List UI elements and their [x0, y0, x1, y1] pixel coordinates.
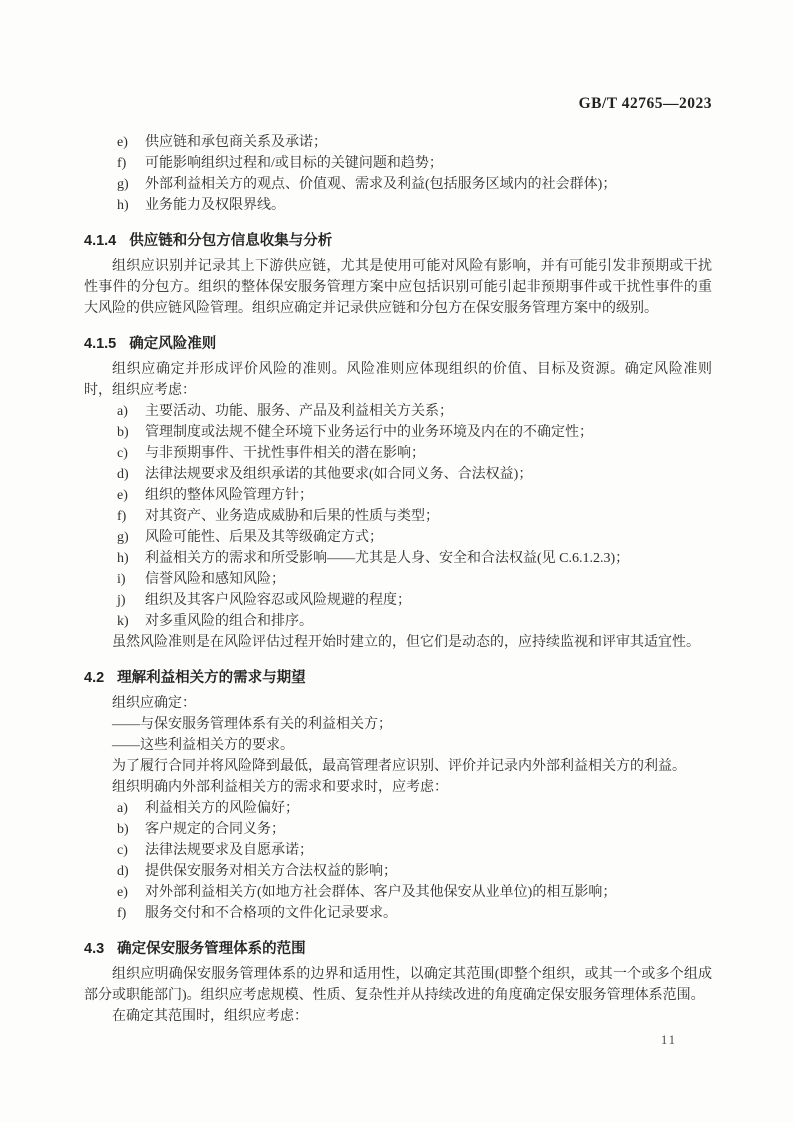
- list-item-text: 供应链和承包商关系及承诺；: [145, 135, 327, 150]
- list-item-text: 利益相关方的风险偏好；: [145, 801, 299, 816]
- paragraph-4-3: 组织应明确保安服务管理体系的边界和适用性，以确定其范围(即整个组织，或其一个或多…: [84, 964, 712, 1006]
- list-item: b)客户规定的合同义务；: [84, 819, 712, 840]
- list-item-label: f): [117, 903, 126, 924]
- list-item: c)与非预期事件、干扰性事件相关的潜在影响；: [84, 443, 712, 464]
- lead-line-4-2: 组织应确定：: [84, 693, 712, 714]
- list-item-label: b): [117, 422, 129, 443]
- paragraph-4-1-4: 组织应识别并记录其上下游供应链，尤其是使用可能对风险有影响，并有可能引发非预期或…: [84, 256, 712, 319]
- list-item-label: a): [117, 798, 128, 819]
- document-content: GB/T 42765—2023 e)供应链和承包商关系及承诺； f)可能影响组织…: [84, 94, 712, 1027]
- paragraph-4-2-2: 组织明确内外部利益相关方的需求和要求时，应考虑：: [84, 777, 712, 798]
- list-item-text: 外部利益相关方的观点、价值观、需求及利益(包括服务区域内的社会群体)；: [145, 177, 616, 192]
- list-item-text: 法律法规要求及组织承诺的其他要求(如合同义务、合法权益)；: [145, 467, 532, 482]
- closing-note-4-1-5: 虽然风险准则是在风险评估过程开始时建立的，但它们是动态的，应持续监视和评审其适宜…: [84, 632, 712, 653]
- list-item-label: e): [117, 882, 128, 903]
- section-title: 供应链和分包方信息收集与分析: [129, 233, 332, 249]
- section-title: 确定保安服务管理体系的范围: [117, 941, 306, 957]
- page-number: 11: [661, 1033, 677, 1048]
- list-item: i)信誉风险和感知风险；: [84, 569, 712, 590]
- list-item: g)风险可能性、后果及其等级确定方式；: [84, 527, 712, 548]
- list-item-text: 提供保安服务对相关方合法权益的影响；: [145, 864, 397, 879]
- list-item: a)主要活动、功能、服务、产品及利益相关方关系；: [84, 401, 712, 422]
- list-item-label: j): [117, 590, 126, 611]
- list-item: a)利益相关方的风险偏好；: [84, 798, 712, 819]
- list-item: d)提供保安服务对相关方合法权益的影响；: [84, 861, 712, 882]
- list-item-label: f): [117, 506, 126, 527]
- list-item-text: 对多重风险的组合和排序。: [145, 614, 313, 629]
- list-item: e)组织的整体风险管理方针；: [84, 485, 712, 506]
- dash-item: ——这些利益相关方的要求。: [84, 735, 712, 756]
- list-item-label: i): [117, 569, 126, 590]
- list-item: f)可能影响组织过程和/或目标的关键问题和趋势；: [84, 153, 712, 174]
- document-page: GB/T 42765—2023 e)供应链和承包商关系及承诺； f)可能影响组织…: [0, 0, 794, 1123]
- list-item: f)对其资产、业务造成威胁和后果的性质与类型；: [84, 506, 712, 527]
- list-item-text: 管理制度或法规不健全环境下业务运行中的业务环境及内在的不确定性；: [145, 425, 593, 440]
- list-item-text: 主要活动、功能、服务、产品及利益相关方关系；: [145, 404, 453, 419]
- section-heading-4-1-5: 4.1.5确定风险准则: [84, 333, 712, 355]
- list-item-label: c): [117, 840, 128, 861]
- section-heading-4-1-4: 4.1.4供应链和分包方信息收集与分析: [84, 230, 712, 252]
- list-item: e)对外部利益相关方(如地方社会群体、客户及其他保安从业单位)的相互影响；: [84, 882, 712, 903]
- section-number: 4.1.5: [84, 336, 116, 352]
- list-item-text: 组织的整体风险管理方针；: [145, 488, 313, 503]
- list-item-text: 服务交付和不合格项的文件化记录要求。: [145, 906, 397, 921]
- list-item-text: 业务能力及权限界线。: [145, 198, 285, 213]
- list-item-label: c): [117, 443, 128, 464]
- list-item-label: k): [117, 611, 129, 632]
- list-item-label: e): [117, 132, 128, 153]
- section-heading-4-3: 4.3确定保安服务管理体系的范围: [84, 938, 712, 960]
- list-item: e)供应链和承包商关系及承诺；: [84, 132, 712, 153]
- list-item-label: g): [117, 174, 129, 195]
- section-number: 4.1.4: [84, 233, 116, 249]
- list-item-text: 信誉风险和感知风险；: [145, 572, 285, 587]
- section-title: 理解利益相关方的需求与期望: [117, 670, 306, 686]
- stakeholder-needs-list: a)利益相关方的风险偏好； b)客户规定的合同义务； c)法律法规要求及自愿承诺…: [84, 798, 712, 924]
- list-item-label: g): [117, 527, 129, 548]
- context-factors-list: e)供应链和承包商关系及承诺； f)可能影响组织过程和/或目标的关键问题和趋势；…: [84, 132, 712, 216]
- list-item-label: h): [117, 548, 129, 569]
- list-item-text: 风险可能性、后果及其等级确定方式；: [145, 530, 383, 545]
- list-item-label: f): [117, 153, 126, 174]
- list-item-text: 对其资产、业务造成威胁和后果的性质与类型；: [145, 509, 439, 524]
- list-item-label: h): [117, 195, 129, 216]
- list-item-label: b): [117, 819, 129, 840]
- list-item-text: 组织及其客户风险容忍或风险规避的程度；: [145, 593, 411, 608]
- page-header: GB/T 42765—2023: [84, 94, 712, 115]
- section-number: 4.3: [84, 941, 104, 957]
- section-number: 4.2: [84, 670, 104, 686]
- list-item: c)法律法规要求及自愿承诺；: [84, 840, 712, 861]
- closing-line-4-3: 在确定其范围时，组织应考虑：: [84, 1006, 712, 1027]
- section-heading-4-2: 4.2理解利益相关方的需求与期望: [84, 667, 712, 689]
- section-title: 确定风险准则: [129, 336, 216, 352]
- list-item-text: 对外部利益相关方(如地方社会群体、客户及其他保安从业单位)的相互影响；: [145, 885, 616, 900]
- paragraph-4-2-1: 为了履行合同并将风险降到最低，最高管理者应识别、评价并记录内外部利益相关方的利益…: [84, 756, 712, 777]
- list-item: j)组织及其客户风险容忍或风险规避的程度；: [84, 590, 712, 611]
- list-item-label: e): [117, 485, 128, 506]
- list-item-text: 法律法规要求及自愿承诺；: [145, 843, 313, 858]
- standard-number: GB/T 42765—2023: [579, 95, 712, 112]
- list-item-label: d): [117, 861, 129, 882]
- dash-item: ——与保安服务管理体系有关的利益相关方；: [84, 714, 712, 735]
- list-item-text: 利益相关方的需求和所受影响——尤其是人身、安全和合法权益(见 C.6.1.2.3…: [145, 551, 629, 566]
- list-item-text: 客户规定的合同义务；: [145, 822, 285, 837]
- list-item-label: d): [117, 464, 129, 485]
- paragraph-4-1-5: 组织应确定并形成评价风险的准则。风险准则应体现组织的价值、目标及资源。确定风险准…: [84, 359, 712, 401]
- list-item: d)法律法规要求及组织承诺的其他要求(如合同义务、合法权益)；: [84, 464, 712, 485]
- list-item: h)利益相关方的需求和所受影响——尤其是人身、安全和合法权益(见 C.6.1.2…: [84, 548, 712, 569]
- list-item: b)管理制度或法规不健全环境下业务运行中的业务环境及内在的不确定性；: [84, 422, 712, 443]
- list-item-text: 可能影响组织过程和/或目标的关键问题和趋势；: [145, 156, 443, 171]
- list-item-text: 与非预期事件、干扰性事件相关的潜在影响；: [145, 446, 425, 461]
- list-item-label: a): [117, 401, 128, 422]
- list-item: h)业务能力及权限界线。: [84, 195, 712, 216]
- list-item: f)服务交付和不合格项的文件化记录要求。: [84, 903, 712, 924]
- list-item: k)对多重风险的组合和排序。: [84, 611, 712, 632]
- risk-criteria-list: a)主要活动、功能、服务、产品及利益相关方关系； b)管理制度或法规不健全环境下…: [84, 401, 712, 632]
- list-item: g)外部利益相关方的观点、价值观、需求及利益(包括服务区域内的社会群体)；: [84, 174, 712, 195]
